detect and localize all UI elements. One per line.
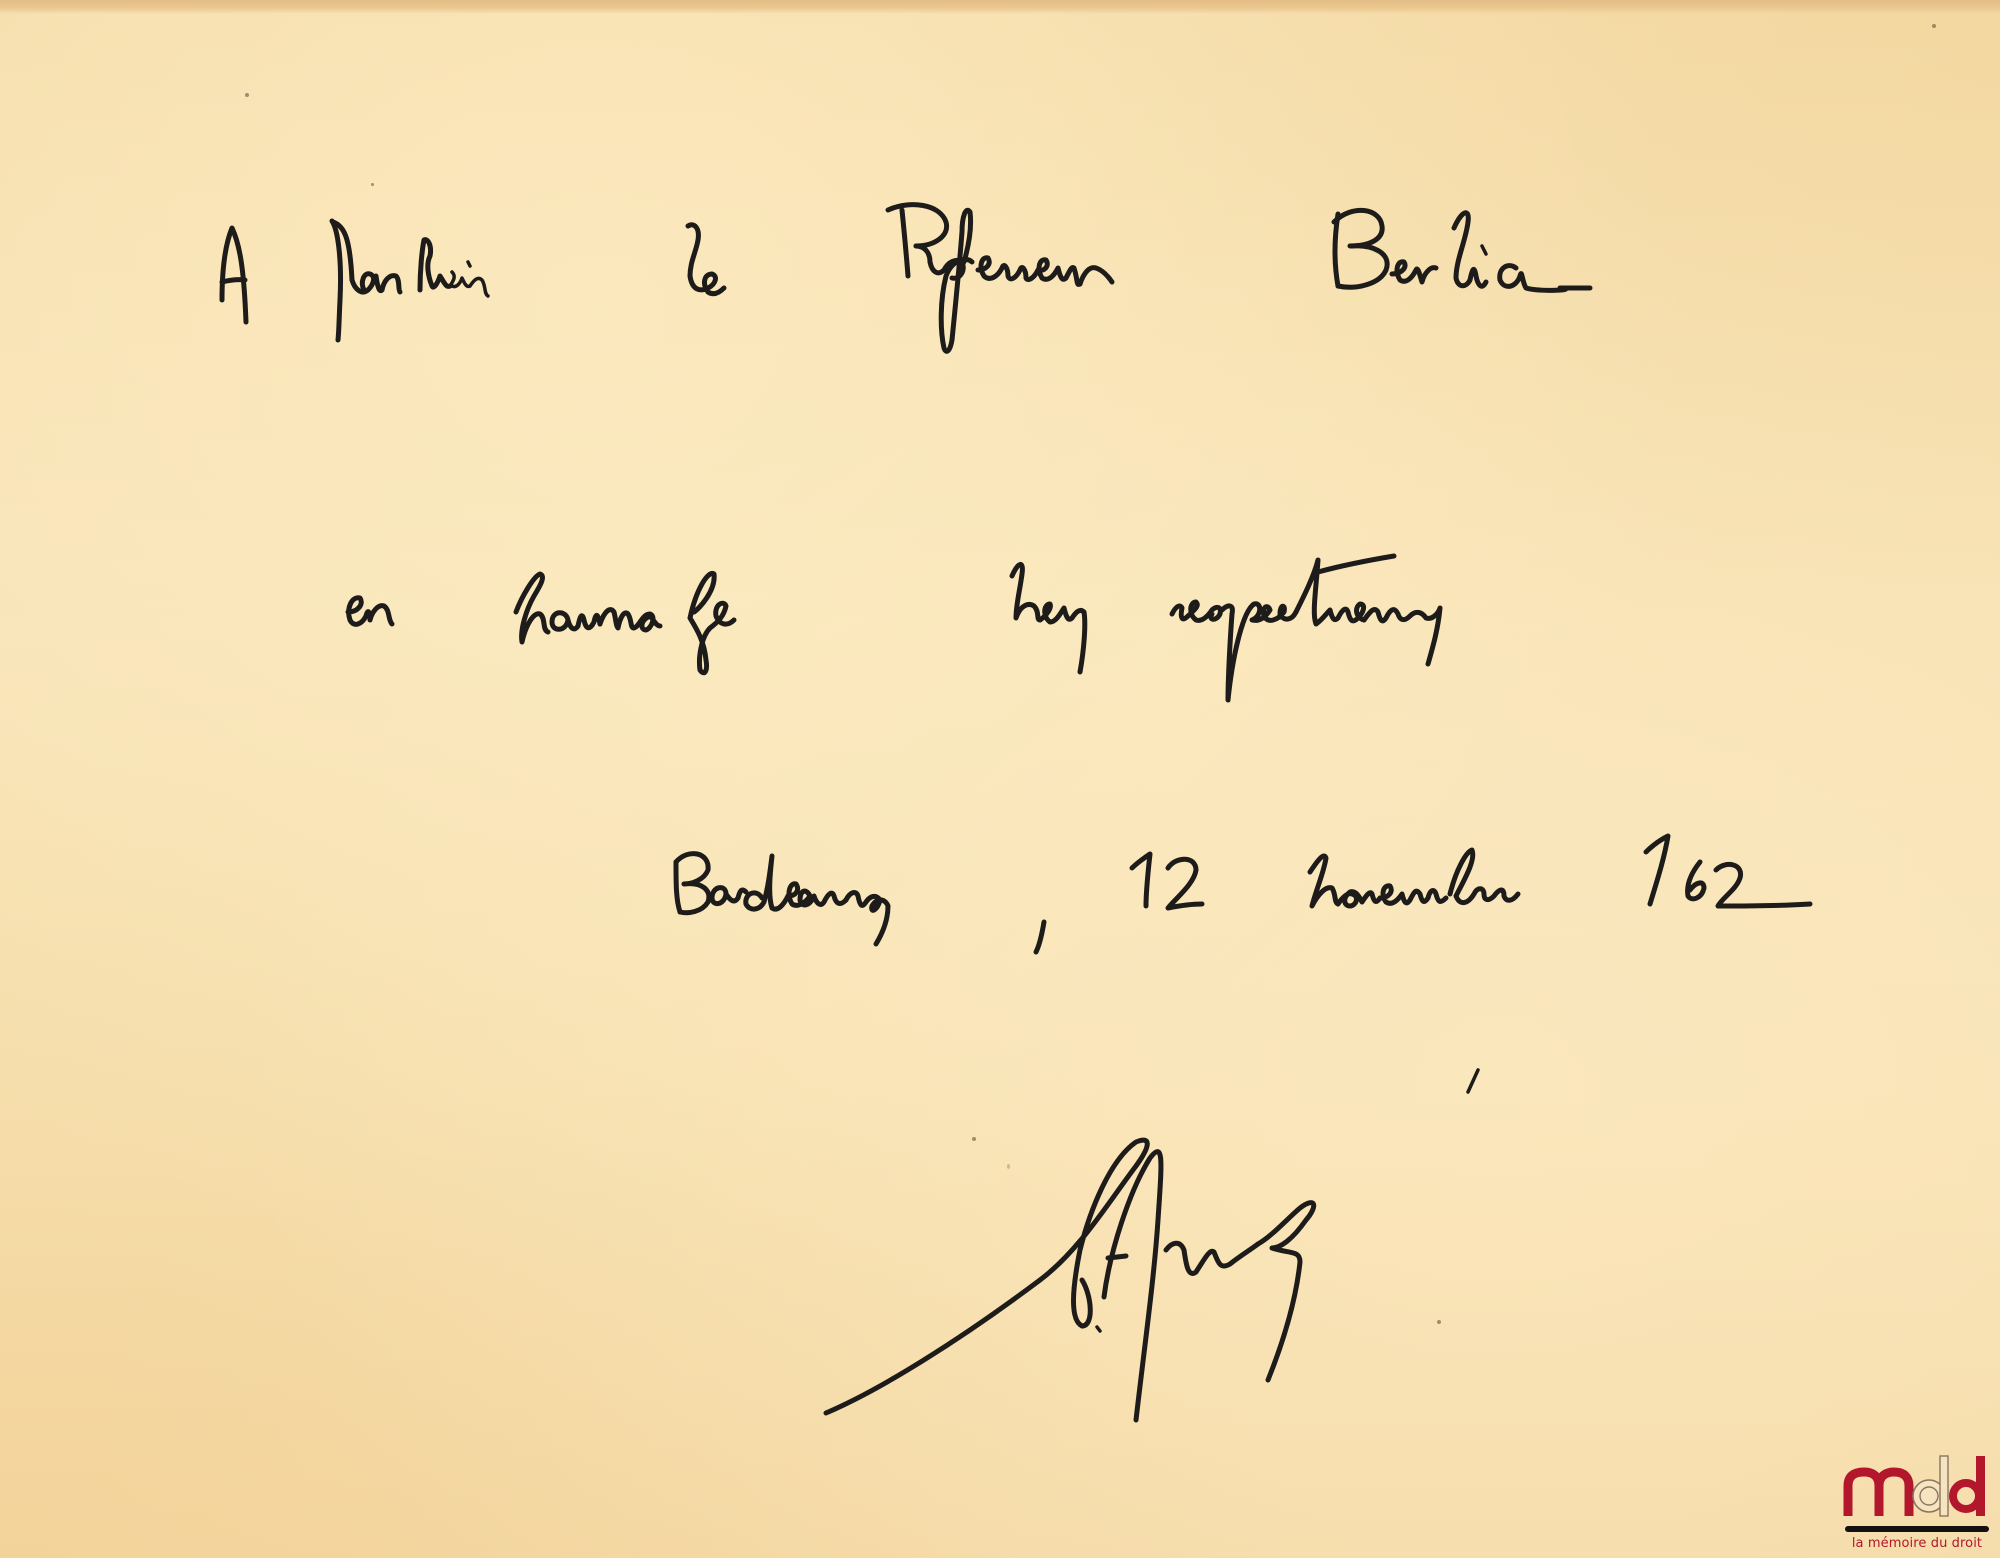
mdd-watermark-logo: la mémoire du droit: [1842, 1452, 1992, 1552]
mdd-logo-mark: [1842, 1452, 1992, 1518]
logo-divider-bar: [1845, 1526, 1989, 1532]
logo-tagline: la mémoire du droit: [1842, 1536, 1992, 1551]
handwritten-signature: [826, 1070, 1478, 1420]
aged-paper-page: A Monsieur le Professeur Berlia en homma…: [0, 0, 2000, 1558]
handwriting-ink: [0, 0, 2000, 1558]
handwritten-line-3: [676, 836, 1810, 952]
handwritten-line-2: [348, 556, 1440, 700]
handwritten-line-1: [222, 205, 1590, 352]
